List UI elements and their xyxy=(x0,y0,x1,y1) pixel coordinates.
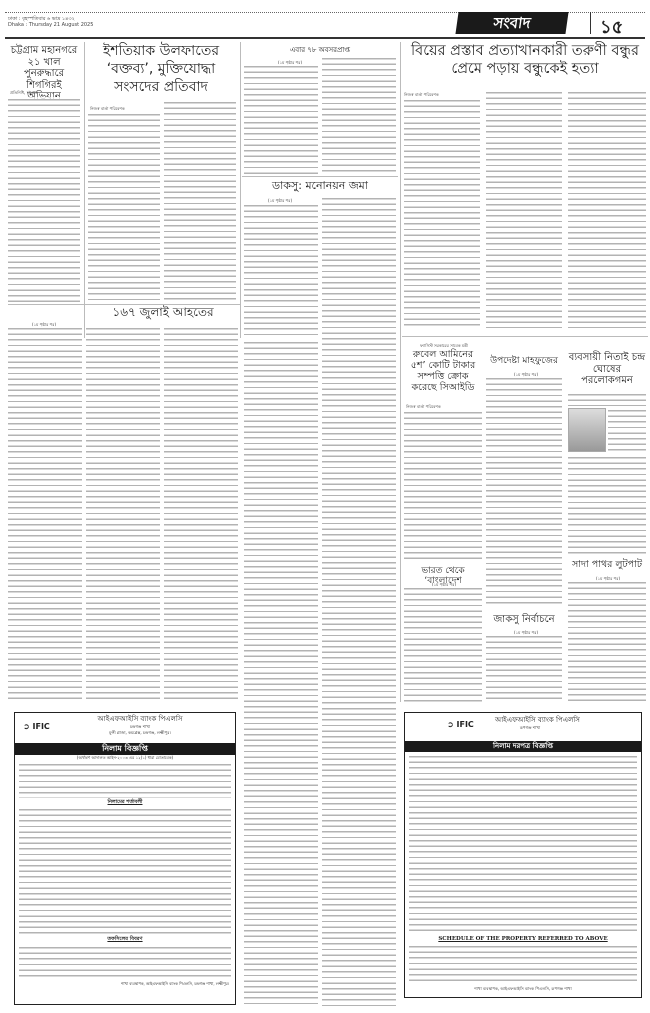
auction-notice-ad-right: ➲ IFIC আইএফআইসি ব্যাংক পিএলসি রূপগঞ্জ শা… xyxy=(404,712,642,998)
article-body-ishtiaq-col1 xyxy=(88,112,160,302)
ad-subtitle-left: (অর্থঋণ আদালত আইন-২০০৩ এর ১২(১) ধারা মোত… xyxy=(15,756,235,761)
ific-logo: ➲ IFIC xyxy=(447,720,474,729)
article-body-nitai-side xyxy=(608,408,646,452)
branch-left: চন্দ্রগঞ্জ শাখা xyxy=(75,725,205,730)
article-body-rubel xyxy=(404,410,482,560)
ad-terms-list-left xyxy=(19,807,231,935)
headline-nitai: ব্যবসায়ী নিতাই চন্দ্র ঘোষের পরলোকগমন xyxy=(568,352,646,387)
auction-notice-ad-left: ➲ IFIC আইএফআইসি ব্যাংক পিএলসি চন্দ্রগঞ্জ… xyxy=(14,712,236,1005)
column-rule xyxy=(84,42,85,338)
column-rule xyxy=(240,42,241,338)
bank-name-right: আইএফআইসি ব্যাংক পিএলসি xyxy=(495,716,605,724)
headline-white-stone: সাদা পাথর লুটপাট xyxy=(568,560,646,571)
ad-schedule-right xyxy=(409,944,637,984)
schedule-heading-right: SCHEDULE OF THE PROPERTY REFERRED TO ABO… xyxy=(405,936,641,942)
page-number-divider xyxy=(590,12,591,34)
article-body-retired-col1 xyxy=(244,64,318,174)
article-body-july-col5 xyxy=(322,706,396,1006)
ad-header-right: ➲ IFIC আইএফআইসি ব্যাংক পিএলসি রূপগঞ্জ শা… xyxy=(405,713,641,741)
article-body-chattogram xyxy=(8,97,80,302)
article-body-july-col2 xyxy=(86,326,160,702)
article-body-ishtiaq-col2 xyxy=(164,100,236,302)
address-left: মুন্সী প্লাজা, কমপ্লেক্স, চন্দ্রগঞ্জ, লক… xyxy=(75,731,205,736)
headline-rubel: রুবেল আমিনের ৫শ’ কোটি টাকার সম্পত্তি ক্র… xyxy=(404,350,482,394)
ad-header-left: ➲ IFIC আইএফআইসি ব্যাংক পিএলসি চন্দ্রগঞ্জ… xyxy=(15,713,235,743)
kicker-retired: এবার ৭৮ অবসরপ্রাপ্ত xyxy=(242,46,398,54)
column-rule xyxy=(400,42,401,702)
article-body-marriage-col3 xyxy=(568,90,646,328)
schedule-heading-left: তফসিলের বিবরণ xyxy=(15,937,235,943)
article-body-white-stone xyxy=(568,580,646,702)
headline-ducsu-nomination: ডাকসু: মনোনয়ন জমা xyxy=(242,180,398,193)
ad-body-right xyxy=(409,754,637,934)
article-body-mahfuz xyxy=(486,376,562,606)
article-body-nitai xyxy=(568,455,646,555)
article-body-july-col4 xyxy=(244,340,318,1006)
ific-logo-text: IFIC xyxy=(33,722,50,731)
article-body-marriage-col1 xyxy=(404,98,480,328)
headline-jucsu-election: জাকসু নির্বাচনে xyxy=(486,614,562,626)
section-rule xyxy=(402,336,648,337)
ad-title-right: নিলাম দরপত্র বিজ্ঞপ্তি xyxy=(405,741,641,752)
page-number: ১৫ xyxy=(600,13,623,44)
ad-body-intro-left xyxy=(19,762,231,798)
article-body-jucsu-election xyxy=(486,634,562,702)
ific-logo-text: IFIC xyxy=(457,720,474,729)
newspaper-logo: সংবাদ xyxy=(455,12,568,34)
dateline-english: Dhaka : Thursday 21 August 2025 xyxy=(8,22,93,28)
headline-marriage: বিয়ের প্রস্তাব প্রত্যাখানকারী তরুণী বন্… xyxy=(402,42,648,78)
terms-heading-left: নিলামের শর্তাবলী xyxy=(15,800,235,806)
article-body-marriage-col2 xyxy=(486,90,562,328)
masthead-rule xyxy=(5,37,645,39)
section-rule xyxy=(242,176,398,177)
masthead: ঢাকা : বৃহস্পতিবার ৬ ভাদ্র ১৪৩২ Dhaka : … xyxy=(0,0,650,40)
article-body-india xyxy=(404,586,482,702)
ific-arrow-icon: ➲ xyxy=(447,720,454,729)
article-body-ducsu-col2 xyxy=(322,196,396,706)
portrait-photo-nitai xyxy=(568,408,606,452)
article-body-nitai-top xyxy=(568,392,646,406)
dateline: ঢাকা : বৃহস্পতিবার ৬ ভাদ্র ১৪৩২ Dhaka : … xyxy=(8,16,93,28)
ad-schedule-left xyxy=(19,945,231,979)
bank-name-left: আইএফআইসি ব্যাংক পিএলসি xyxy=(75,715,205,723)
ad-signature-left: শাখা ব্যবস্থাপক, আইএফআইসি ব্যাংক পিএলসি,… xyxy=(21,981,229,988)
ific-arrow-icon: ➲ xyxy=(23,722,30,731)
headline-july: ১৬৭ জুলাই আহতের xyxy=(86,306,240,320)
ad-title-left: নিলাম বিজ্ঞপ্তি xyxy=(15,743,235,755)
ific-logo: ➲ IFIC xyxy=(23,722,50,731)
article-body-ducsu-col1 xyxy=(244,203,318,338)
article-body-july-col3 xyxy=(164,326,238,702)
headline-ishtiaq: ইশতিয়াক উলফাতের ‘বক্তব্য’, মুক্তিযোদ্ধা… xyxy=(86,42,236,96)
byline-chattogram: প্রতিনিধি, চট্টগ্রাম xyxy=(10,90,80,97)
article-body-july-col1 xyxy=(8,326,82,702)
article-body-retired-col2 xyxy=(322,56,396,174)
branch-right: রূপগঞ্জ শাখা xyxy=(475,726,585,731)
headline-mahfuz: উপদেষ্টা মাহফুজের xyxy=(486,356,562,366)
ad-signature-right: শাখা ব্যবস্থাপক, আইএফআইসি ব্যাংক পিএলসি,… xyxy=(405,987,641,992)
